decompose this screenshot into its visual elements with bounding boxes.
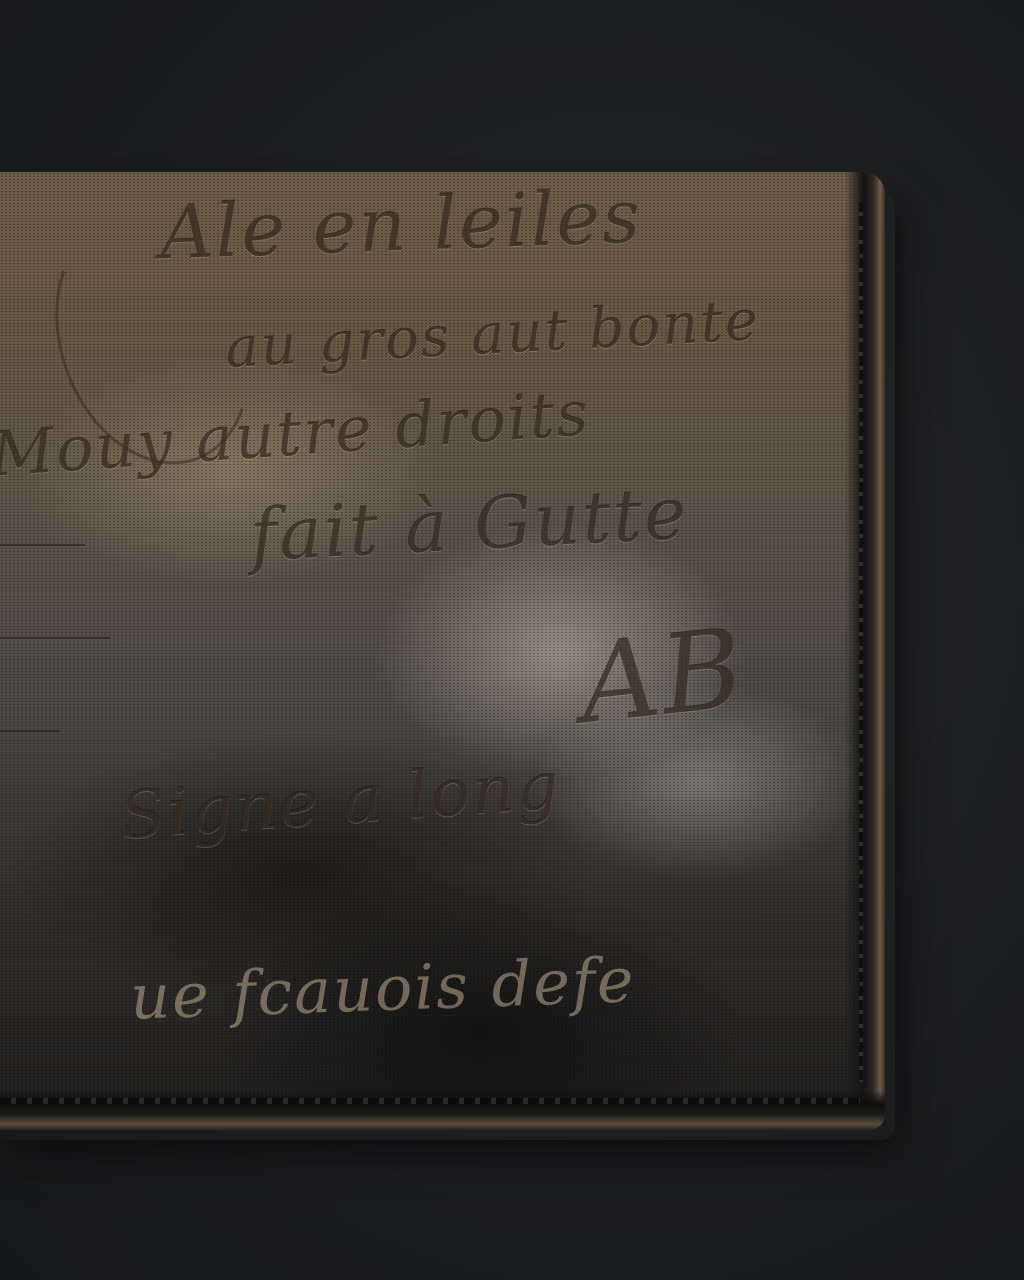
stitching-bottom: [0, 1098, 860, 1104]
photo-scene: Ale en leiles au gros aut bonte Mouy aut…: [0, 0, 1024, 1280]
wallet-bottom-edge: [0, 1090, 885, 1130]
wallet-right-edge: [845, 172, 885, 1130]
leather-wallet: Ale en leiles au gros aut bonte Mouy aut…: [0, 172, 885, 1130]
engraved-line: [0, 637, 110, 639]
script-line: Ale en leiles: [159, 174, 644, 277]
engraved-line: [0, 730, 60, 732]
stitching-right: [859, 202, 863, 1082]
script-monogram: AB: [574, 604, 751, 748]
engraved-line: [0, 544, 85, 546]
